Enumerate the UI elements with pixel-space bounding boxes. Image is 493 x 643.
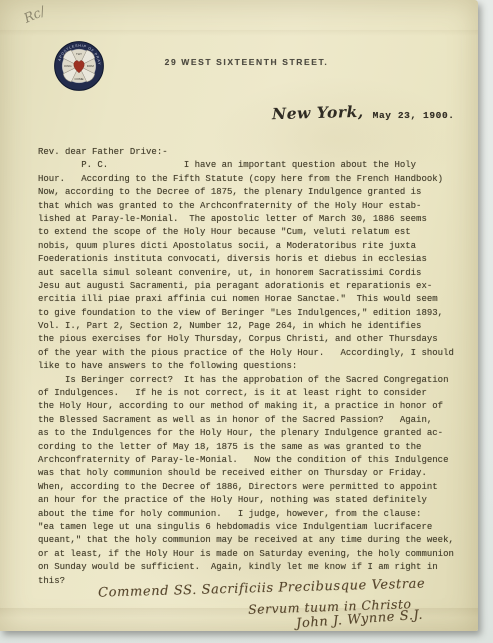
- letter-line: P. C. I have an important question about…: [38, 159, 454, 172]
- letter-line: or at least, if the Holy Hour is made on…: [38, 548, 454, 561]
- letter-line: the Holy Hour, according to our method o…: [38, 400, 454, 413]
- city-script: New York,: [272, 102, 364, 123]
- letter-line: ercitia illi piae praxi affinia cui nome…: [38, 293, 454, 306]
- letter-line: an hour for the practice of the Holy Hou…: [38, 494, 454, 507]
- paper-crease: [0, 30, 478, 36]
- letter-body: Rev. dear Father Drive:- P. C. I have an…: [38, 146, 454, 588]
- dateline: New York,May 23, 1900.: [272, 103, 455, 123]
- seal-motto-top: THY: [76, 52, 82, 56]
- letter-line: of the year with the pious practice of t…: [38, 347, 454, 360]
- letter-line: like to have answers to the following qu…: [38, 360, 454, 373]
- letter-line: When, according to the Decree of 1886, D…: [38, 481, 454, 494]
- letter-line: Hour. According to the Fifth Statute (co…: [38, 173, 454, 186]
- letter-line: Jesu aut augusti Sacramenti, pia peragan…: [38, 280, 454, 293]
- letter-paper: Rc/ APOSTLESHIP OF PRAYER THY KING DOM: [0, 0, 478, 631]
- letter-line: queant," that the holy communion may be …: [38, 534, 454, 547]
- letterhead-address: 29 WEST SIXTEENTH STREET.: [0, 57, 493, 67]
- scanned-letter: Rc/ APOSTLESHIP OF PRAYER THY KING DOM: [0, 0, 493, 643]
- typed-date: May 23, 1900.: [373, 110, 455, 121]
- letter-line: nobis, quum plures dicti Apostolatus soc…: [38, 240, 454, 253]
- letter-line: to extend the scope of the Holy Hour bec…: [38, 226, 454, 239]
- letter-line: Vol. I., Part 2, Section 2, Number 12, P…: [38, 320, 454, 333]
- letter-line: as to the Indulgences for the Holy Hour,…: [38, 427, 454, 440]
- letter-line: cording to the letter of May 18, 1875 is…: [38, 441, 454, 454]
- letter-line: Archconfraternity of Paray-le-Monial. No…: [38, 454, 454, 467]
- letter-line: Now, according to the Decree of 1875, th…: [38, 186, 454, 199]
- letter-line: the pious exercises for Holy Thursday, C…: [38, 333, 454, 346]
- letter-line: Rev. dear Father Drive:-: [38, 146, 454, 159]
- seal-motto-bottom: COME: [74, 77, 83, 81]
- letter-line: Is Beringer correct? It has the approbat…: [38, 374, 454, 387]
- letter-line: was that holy communion should be receiv…: [38, 467, 454, 480]
- letter-line: aut sacella simul soleant convenire, ut,…: [38, 267, 454, 280]
- letter-line: Foederationis instituta convocati, diver…: [38, 253, 454, 266]
- letter-line: about the time for holy communion. I jud…: [38, 508, 454, 521]
- letter-line: "ea tamen lege ut una singulis 6 hebdoma…: [38, 521, 454, 534]
- letter-line: to give foundation to the view of Bering…: [38, 307, 454, 320]
- pencil-annotation: Rc/: [22, 4, 48, 26]
- letter-line: lished at Paray-le-Monial. The apostolic…: [38, 213, 454, 226]
- letter-line: that which was granted to the Archconfra…: [38, 200, 454, 213]
- letter-line: of Indulgences. If he is not correct, is…: [38, 387, 454, 400]
- letter-line: the Blessed Sacrament as well as in hono…: [38, 414, 454, 427]
- letter-line: on Sunday would be sufficient. Again, ki…: [38, 561, 454, 574]
